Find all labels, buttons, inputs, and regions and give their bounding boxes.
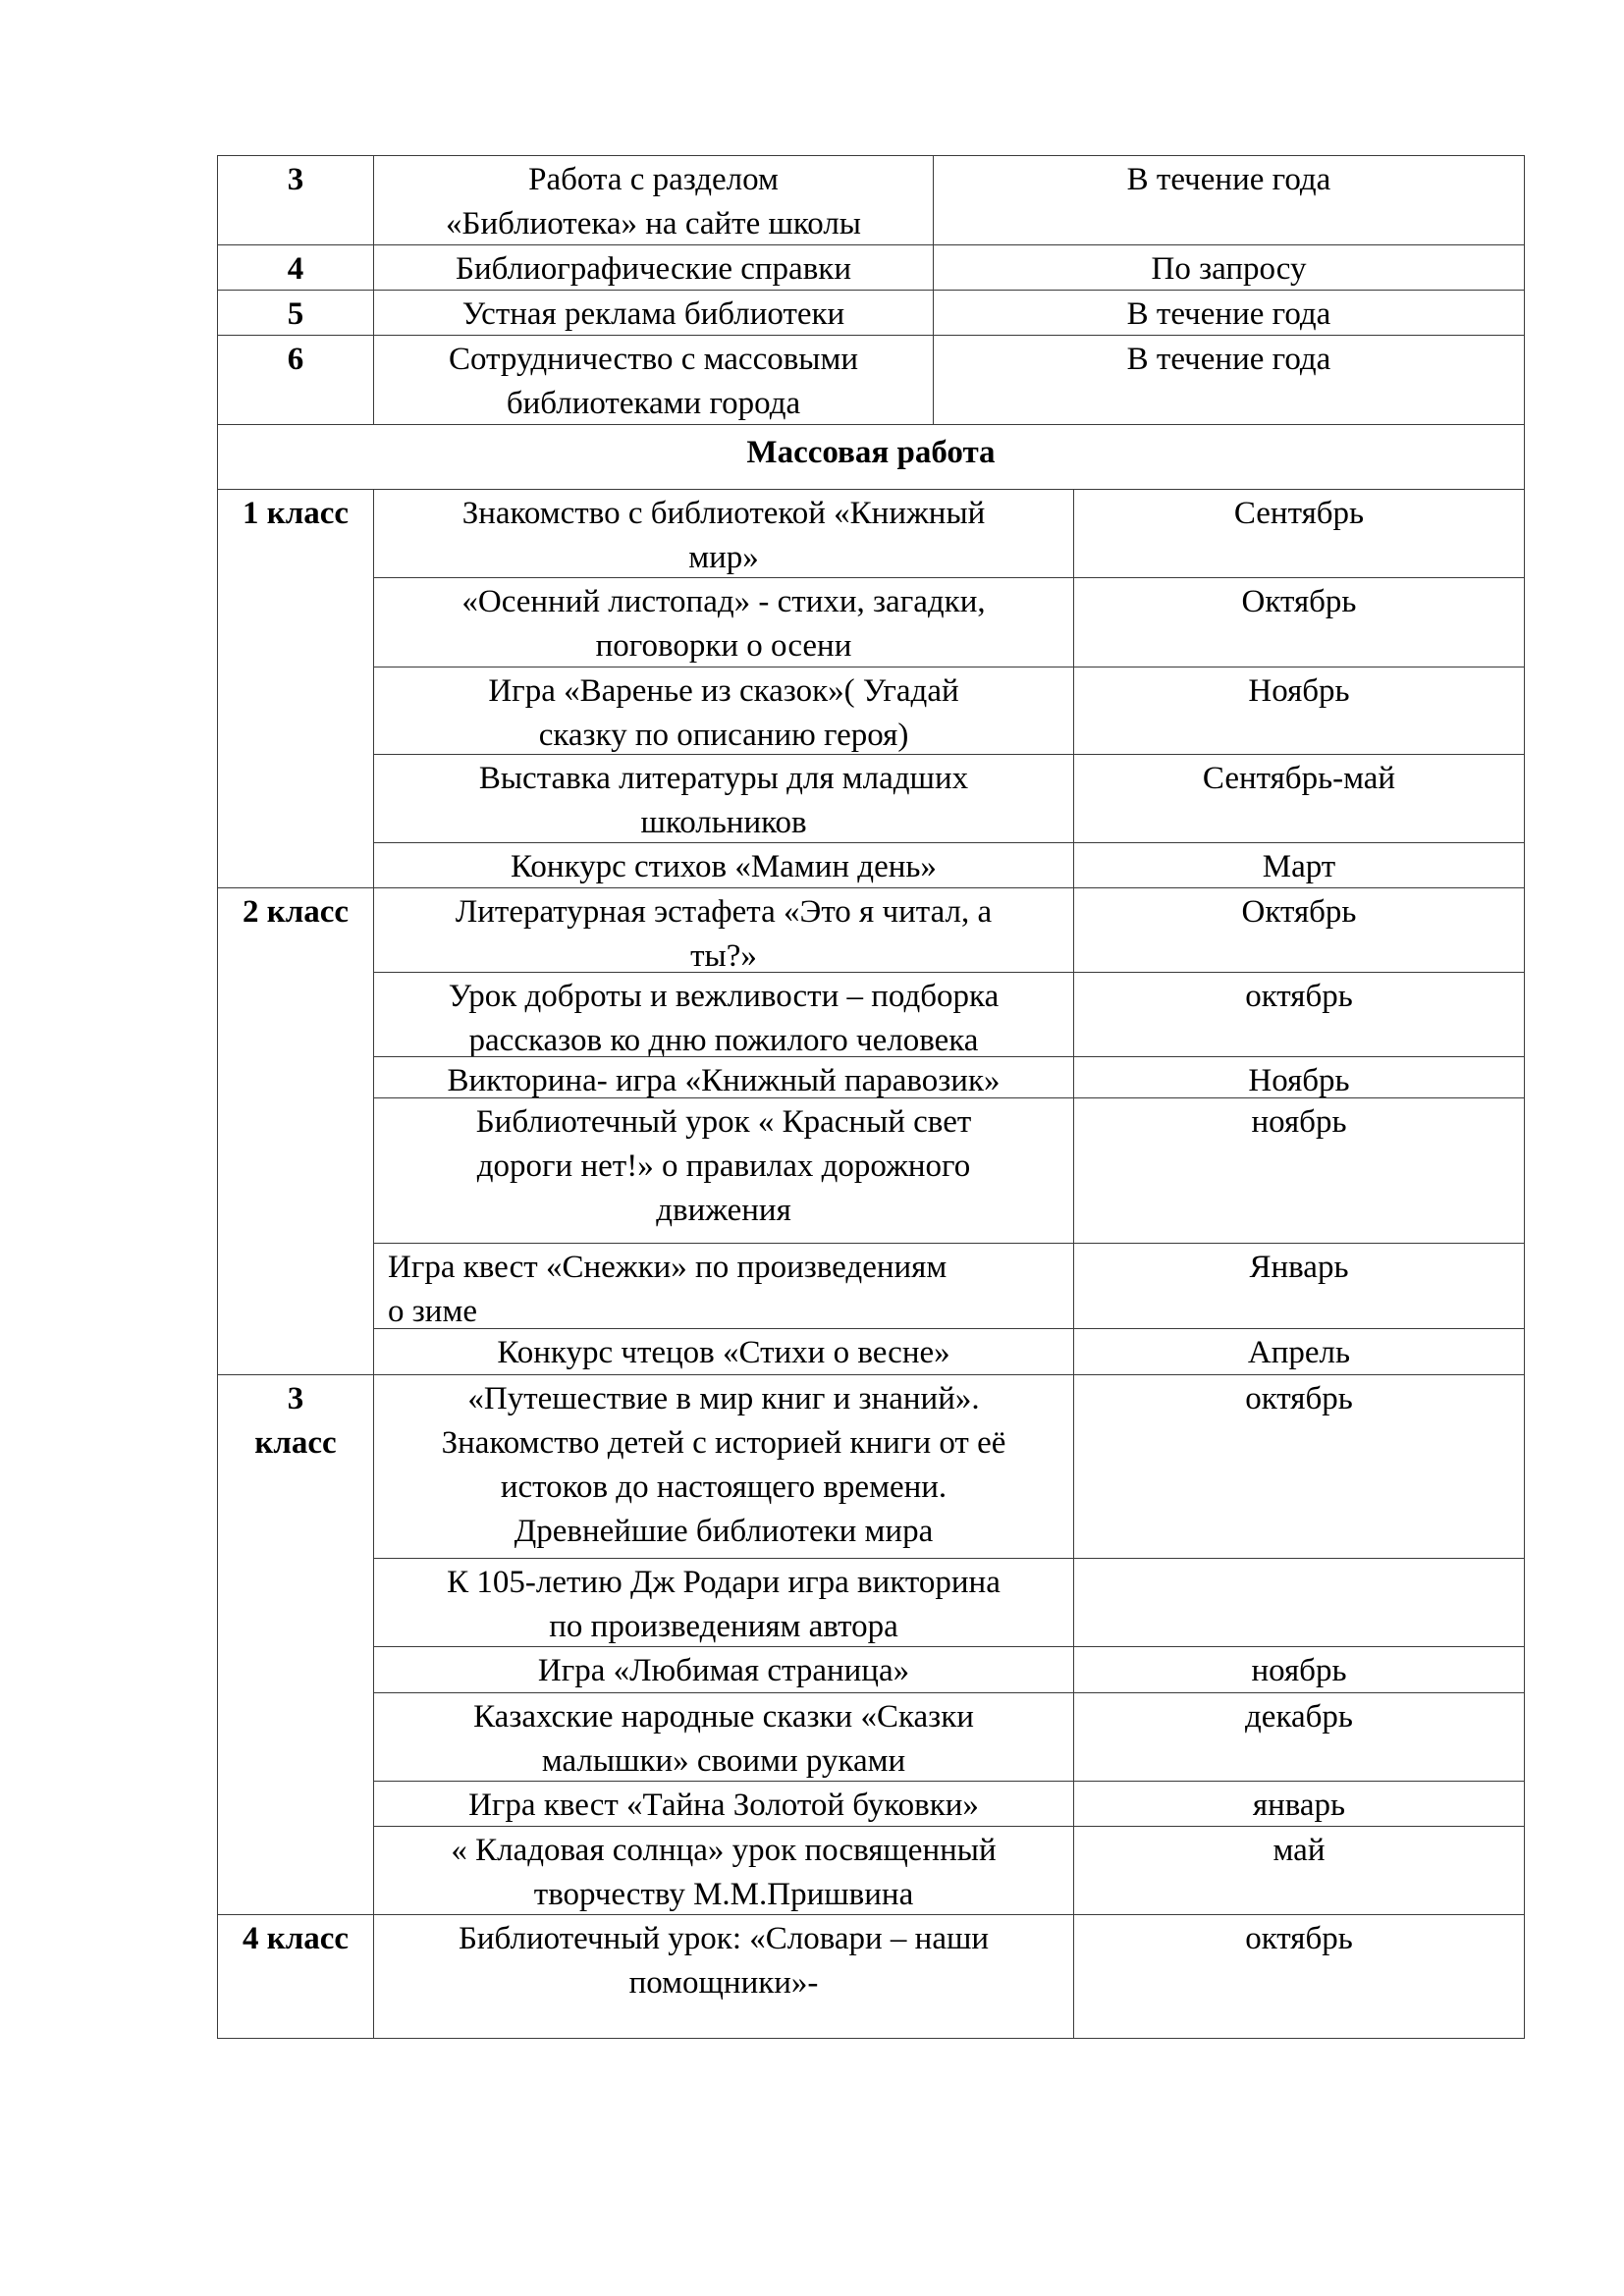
document-page: 3 Работа с разделом «Библиотека» на сайт…: [0, 0, 1624, 2296]
activity-cell: Игра квест «Снежки» по произведениям о з…: [373, 1243, 1074, 1329]
activity-cell: Конкурс стихов «Мамин день»: [373, 842, 1074, 888]
timing-cell: май: [1073, 1826, 1525, 1915]
timing-cell: Ноябрь: [1073, 667, 1525, 755]
timing-cell: Сентябрь: [1073, 489, 1525, 578]
activity-cell: Выставка литературы для младших школьник…: [373, 754, 1074, 843]
grade-label: 1 класс: [217, 489, 374, 888]
row-number: 3: [217, 155, 374, 245]
timing-cell: ноябрь: [1073, 1097, 1525, 1244]
timing-cell: В течение года: [933, 155, 1525, 245]
grade-label: 2 класс: [217, 887, 374, 1375]
timing-cell: Апрель: [1073, 1328, 1525, 1375]
timing-cell: По запросу: [933, 244, 1525, 291]
timing-cell: [1073, 1558, 1525, 1647]
row-number: 4: [217, 244, 374, 291]
activity-cell: Устная реклама библиотеки: [373, 290, 934, 336]
activity-cell: Работа с разделом «Библиотека» на сайте …: [373, 155, 934, 245]
activity-cell: «Осенний листопад» - стихи, загадки, пог…: [373, 577, 1074, 667]
activity-cell: Конкурс чтецов «Стихи о весне»: [373, 1328, 1074, 1375]
activity-cell: Литературная эстафета «Это я читал, а ты…: [373, 887, 1074, 973]
activity-cell: Игра квест «Тайна Золотой буковки»: [373, 1781, 1074, 1827]
activity-cell: Игра «Варенье из сказок»( Угадай сказку …: [373, 667, 1074, 755]
activity-cell: К 105-летию Дж Родари игра викторина по …: [373, 1558, 1074, 1647]
timing-cell: Ноябрь: [1073, 1056, 1525, 1098]
activity-cell: Сотрудничество с массовыми библиотеками …: [373, 335, 934, 425]
activity-cell: Библиотечный урок « Красный свет дороги …: [373, 1097, 1074, 1244]
timing-cell: Октябрь: [1073, 577, 1525, 667]
row-number: 5: [217, 290, 374, 336]
section-title: Массовая работа: [217, 424, 1525, 490]
activity-cell: Игра «Любимая страница»: [373, 1646, 1074, 1693]
timing-cell: Октябрь: [1073, 887, 1525, 973]
timing-cell: октябрь: [1073, 1914, 1525, 2039]
timing-cell: октябрь: [1073, 1374, 1525, 1559]
timing-cell: ноябрь: [1073, 1646, 1525, 1693]
timing-cell: декабрь: [1073, 1692, 1525, 1782]
timing-cell: Сентябрь-май: [1073, 754, 1525, 843]
grade-label: 4 класс: [217, 1914, 374, 2039]
activity-cell: Библиографические справки: [373, 244, 934, 291]
activity-cell: Викторина- игра «Книжный паравозик»: [373, 1056, 1074, 1098]
activity-cell: Казахские народные сказки «Сказки малышк…: [373, 1692, 1074, 1782]
activity-cell: Знакомство с библиотекой «Книжный мир»: [373, 489, 1074, 578]
timing-cell: В течение года: [933, 290, 1525, 336]
activity-cell: «Путешествие в мир книг и знаний». Знако…: [373, 1374, 1074, 1559]
activity-cell: Библиотечный урок: «Словари – наши помощ…: [373, 1914, 1074, 2039]
timing-cell: Март: [1073, 842, 1525, 888]
activity-cell: « Кладовая солнца» урок посвященный твор…: [373, 1826, 1074, 1915]
timing-cell: Январь: [1073, 1243, 1525, 1329]
timing-cell: январь: [1073, 1781, 1525, 1827]
activity-cell: Урок доброты и вежливости – подборка рас…: [373, 972, 1074, 1057]
row-number: 6: [217, 335, 374, 425]
timing-cell: В течение года: [933, 335, 1525, 425]
grade-label: 3 класс: [217, 1374, 374, 1915]
timing-cell: октябрь: [1073, 972, 1525, 1057]
